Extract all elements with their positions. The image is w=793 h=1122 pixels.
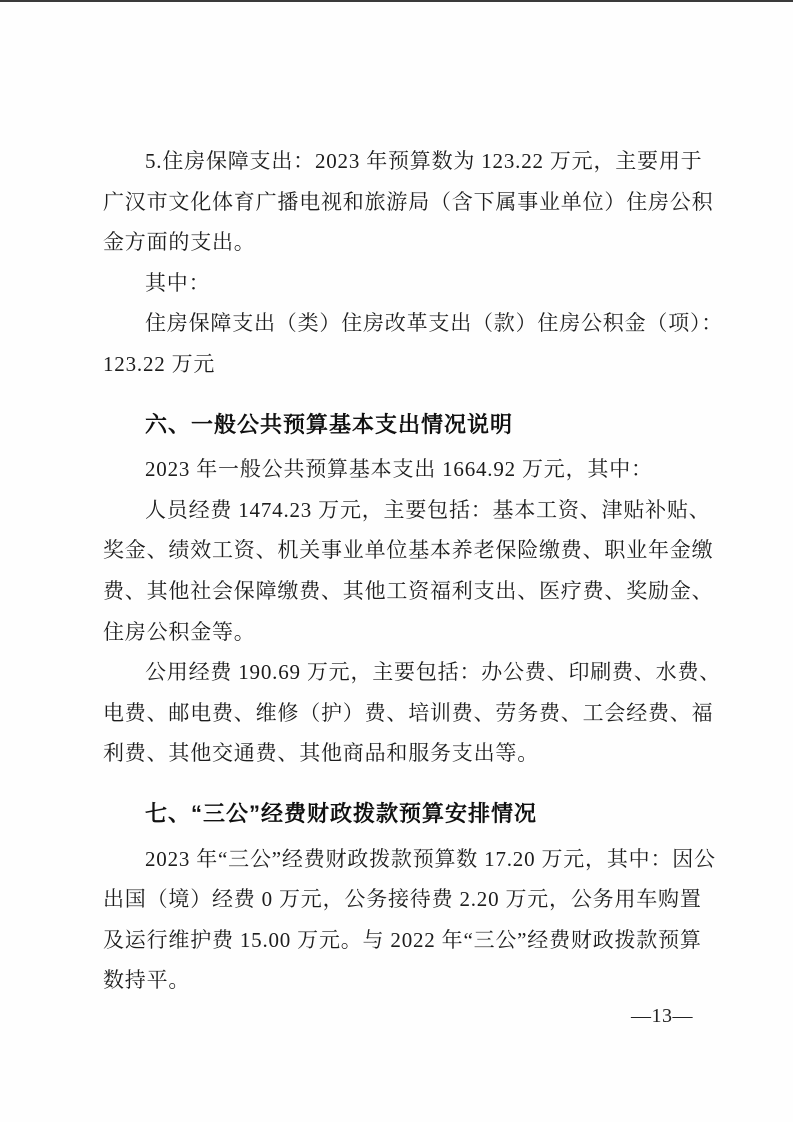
document-page: 5.住房保障支出：2023 年预算数为 123.22 万元，主要用于广汉市文化体…	[0, 0, 793, 1122]
text-line: 公用经费 190.69 万元，主要包括：办公费、印刷费、水费、	[103, 652, 693, 693]
text-line: 人员经费 1474.23 万元，主要包括：基本工资、津贴补贴、	[103, 490, 693, 531]
section-heading: 六、一般公共预算基本支出情况说明	[103, 405, 693, 446]
paragraph: 2023 年“三公”经费财政拨款预算数 17.20 万元，其中：因公出国（境）经…	[103, 839, 693, 1001]
text-line: 2023 年一般公共预算基本支出 1664.92 万元，其中：	[103, 449, 693, 490]
text-line: 出国（境）经费 0 万元，公务接待费 2.20 万元，公务用车购置	[103, 879, 693, 920]
text-line: 123.22 万元	[103, 344, 693, 385]
text-line: 利费、其他交通费、其他商品和服务支出等。	[103, 733, 693, 774]
section-heading: 七、“三公”经费财政拨款预算安排情况	[103, 794, 693, 835]
paragraph: 公用经费 190.69 万元，主要包括：办公费、印刷费、水费、电费、邮电费、维修…	[103, 652, 693, 774]
text-line: 电费、邮电费、维修（护）费、培训费、劳务费、工会经费、福	[103, 693, 693, 734]
text-line: 数持平。	[103, 960, 693, 1001]
page-number: —13—	[103, 1002, 693, 1030]
text-line: 费、其他社会保障缴费、其他工资福利支出、医疗费、奖励金、	[103, 571, 693, 612]
paragraph: 其中：	[103, 263, 693, 304]
paragraph: 人员经费 1474.23 万元，主要包括：基本工资、津贴补贴、奖金、绩效工资、机…	[103, 490, 693, 652]
document-body: 5.住房保障支出：2023 年预算数为 123.22 万元，主要用于广汉市文化体…	[103, 0, 693, 1030]
paragraph: 5.住房保障支出：2023 年预算数为 123.22 万元，主要用于广汉市文化体…	[103, 141, 693, 263]
text-line: 5.住房保障支出：2023 年预算数为 123.22 万元，主要用于	[103, 141, 693, 182]
paragraph: 2023 年一般公共预算基本支出 1664.92 万元，其中：	[103, 449, 693, 490]
text-line: 及运行维护费 15.00 万元。与 2022 年“三公”经费财政拨款预算	[103, 920, 693, 961]
text-line: 金方面的支出。	[103, 222, 693, 263]
text-line: 2023 年“三公”经费财政拨款预算数 17.20 万元，其中：因公	[103, 839, 693, 880]
text-line: 住房公积金等。	[103, 612, 693, 653]
paragraph: 住房保障支出（类）住房改革支出（款）住房公积金（项）：123.22 万元	[103, 303, 693, 384]
text-line: 住房保障支出（类）住房改革支出（款）住房公积金（项）：	[103, 303, 693, 344]
text-line: 广汉市文化体育广播电视和旅游局（含下属事业单位）住房公积	[103, 182, 693, 223]
text-line: 六、一般公共预算基本支出情况说明	[103, 405, 693, 446]
text-line: 奖金、绩效工资、机关事业单位基本养老保险缴费、职业年金缴	[103, 530, 693, 571]
text-line: 七、“三公”经费财政拨款预算安排情况	[103, 794, 693, 835]
text-line: 其中：	[103, 263, 693, 304]
